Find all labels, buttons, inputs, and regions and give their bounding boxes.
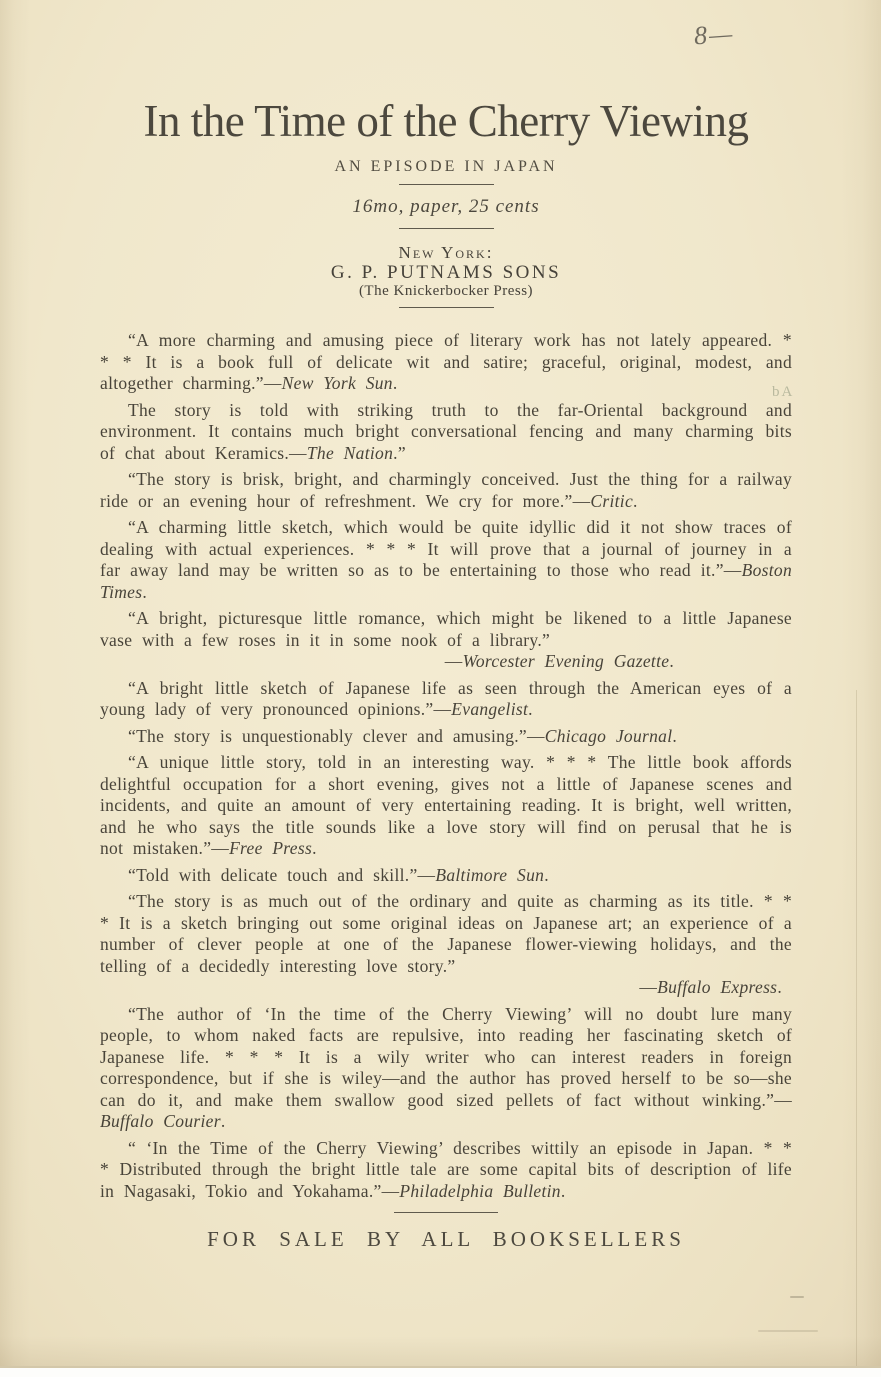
review-source: Philadelphia Bulletin xyxy=(399,1181,561,1201)
review-quote: The story is told with striking truth to… xyxy=(100,400,792,465)
divider-rule xyxy=(394,1212,498,1213)
review-after: . xyxy=(221,1111,226,1131)
review-after: . xyxy=(544,865,549,885)
review-after: .” xyxy=(393,443,406,463)
review-source: Evangelist xyxy=(451,699,528,719)
publisher-name: G. P. PUTNAMS SONS xyxy=(100,263,792,283)
publisher-imprint: (The Knickerbocker Press) xyxy=(100,283,792,299)
book-title: In the Time of the Cherry Viewing xyxy=(100,96,792,146)
review-quote: “A bright little sketch of Japanese life… xyxy=(100,678,792,721)
review-source: Baltimore Sun xyxy=(435,865,544,885)
review-source: Chicago Journal xyxy=(545,726,673,746)
review-source: Free Press xyxy=(229,838,312,858)
review-text: “The story is as much out of the ordinar… xyxy=(100,891,792,976)
review-quote: “The author of ‘In the time of the Cherr… xyxy=(100,1004,792,1133)
review-quote: “A charming little sketch, which would b… xyxy=(100,517,792,603)
book-subtitle: AN EPISODE IN JAPAN xyxy=(100,158,792,175)
bleed-through-mark: bA xyxy=(772,384,794,401)
divider-rule xyxy=(399,228,494,229)
review-after: . xyxy=(561,1181,566,1201)
attribution-dash: — xyxy=(639,977,657,997)
review-text: The story is told with striking truth to… xyxy=(100,400,792,463)
review-attribution: —Buffalo Express. xyxy=(100,977,792,999)
attribution-dash: — xyxy=(445,651,463,671)
ink-smudge xyxy=(790,1296,804,1298)
footer-block: FOR SALE BY ALL BOOKSELLERS xyxy=(100,1212,792,1252)
page-edge-crease xyxy=(856,690,857,1366)
review-after: . xyxy=(393,373,398,393)
handwritten-page-mark: 8— xyxy=(693,19,735,52)
divider-rule xyxy=(399,307,494,308)
review-quote: “The story is unquestionably clever and … xyxy=(100,726,792,748)
review-text: “The story is unquestionably clever and … xyxy=(128,726,545,746)
review-quote: “Told with delicate touch and skill.”—Ba… xyxy=(100,865,792,887)
edition-info: 16mo, paper, 25 cents xyxy=(100,197,792,217)
review-source: New York Sun xyxy=(282,373,393,393)
review-text: “A bright little sketch of Japanese life… xyxy=(100,678,792,720)
review-text: “A bright, picturesque little romance, w… xyxy=(100,608,792,650)
review-text: “A more charming and amusing piece of li… xyxy=(100,330,792,393)
review-text: “Told with delicate touch and skill.”— xyxy=(128,865,435,885)
review-quote: “A bright, picturesque little romance, w… xyxy=(100,608,792,651)
review-after: . xyxy=(669,651,674,671)
review-text: “A charming little sketch, which would b… xyxy=(100,517,792,580)
review-attribution: —Worcester Evening Gazette. xyxy=(100,651,792,673)
review-quote: “A more charming and amusing piece of li… xyxy=(100,330,792,395)
review-quote: “The story is as much out of the ordinar… xyxy=(100,891,792,977)
review-source: Buffalo Express xyxy=(657,977,777,997)
review-after: . xyxy=(633,491,638,511)
review-source: Critic xyxy=(590,491,633,511)
review-text: “A unique little story, told in an inter… xyxy=(100,752,792,858)
review-after: . xyxy=(528,699,533,719)
review-text: “The story is brisk, bright, and charmin… xyxy=(100,469,792,511)
footer-text: FOR SALE BY ALL BOOKSELLERS xyxy=(100,1227,792,1252)
review-text: “The author of ‘In the time of the Cherr… xyxy=(100,1004,792,1110)
divider-rule xyxy=(399,184,494,185)
review-quote: “ ‘In the Time of the Cherry Viewing’ de… xyxy=(100,1138,792,1203)
publisher-city: New York: xyxy=(100,244,792,261)
scanned-page: 8— In the Time of the Cherry Viewing AN … xyxy=(0,0,881,1368)
review-after: . xyxy=(312,838,317,858)
review-quote: “A unique little story, told in an inter… xyxy=(100,752,792,860)
review-source: The Nation xyxy=(307,443,393,463)
review-list: “A more charming and amusing piece of li… xyxy=(100,330,792,1202)
review-quote: “The story is brisk, bright, and charmin… xyxy=(100,469,792,512)
review-after: . xyxy=(672,726,677,746)
page-content: In the Time of the Cherry Viewing AN EPI… xyxy=(100,96,792,1207)
ink-smudge xyxy=(758,1330,818,1332)
title-block: In the Time of the Cherry Viewing AN EPI… xyxy=(100,96,792,308)
review-after: . xyxy=(142,582,147,602)
review-source: Worcester Evening Gazette xyxy=(463,651,670,671)
review-after: . xyxy=(777,977,782,997)
review-source: Buffalo Courier xyxy=(100,1111,221,1131)
